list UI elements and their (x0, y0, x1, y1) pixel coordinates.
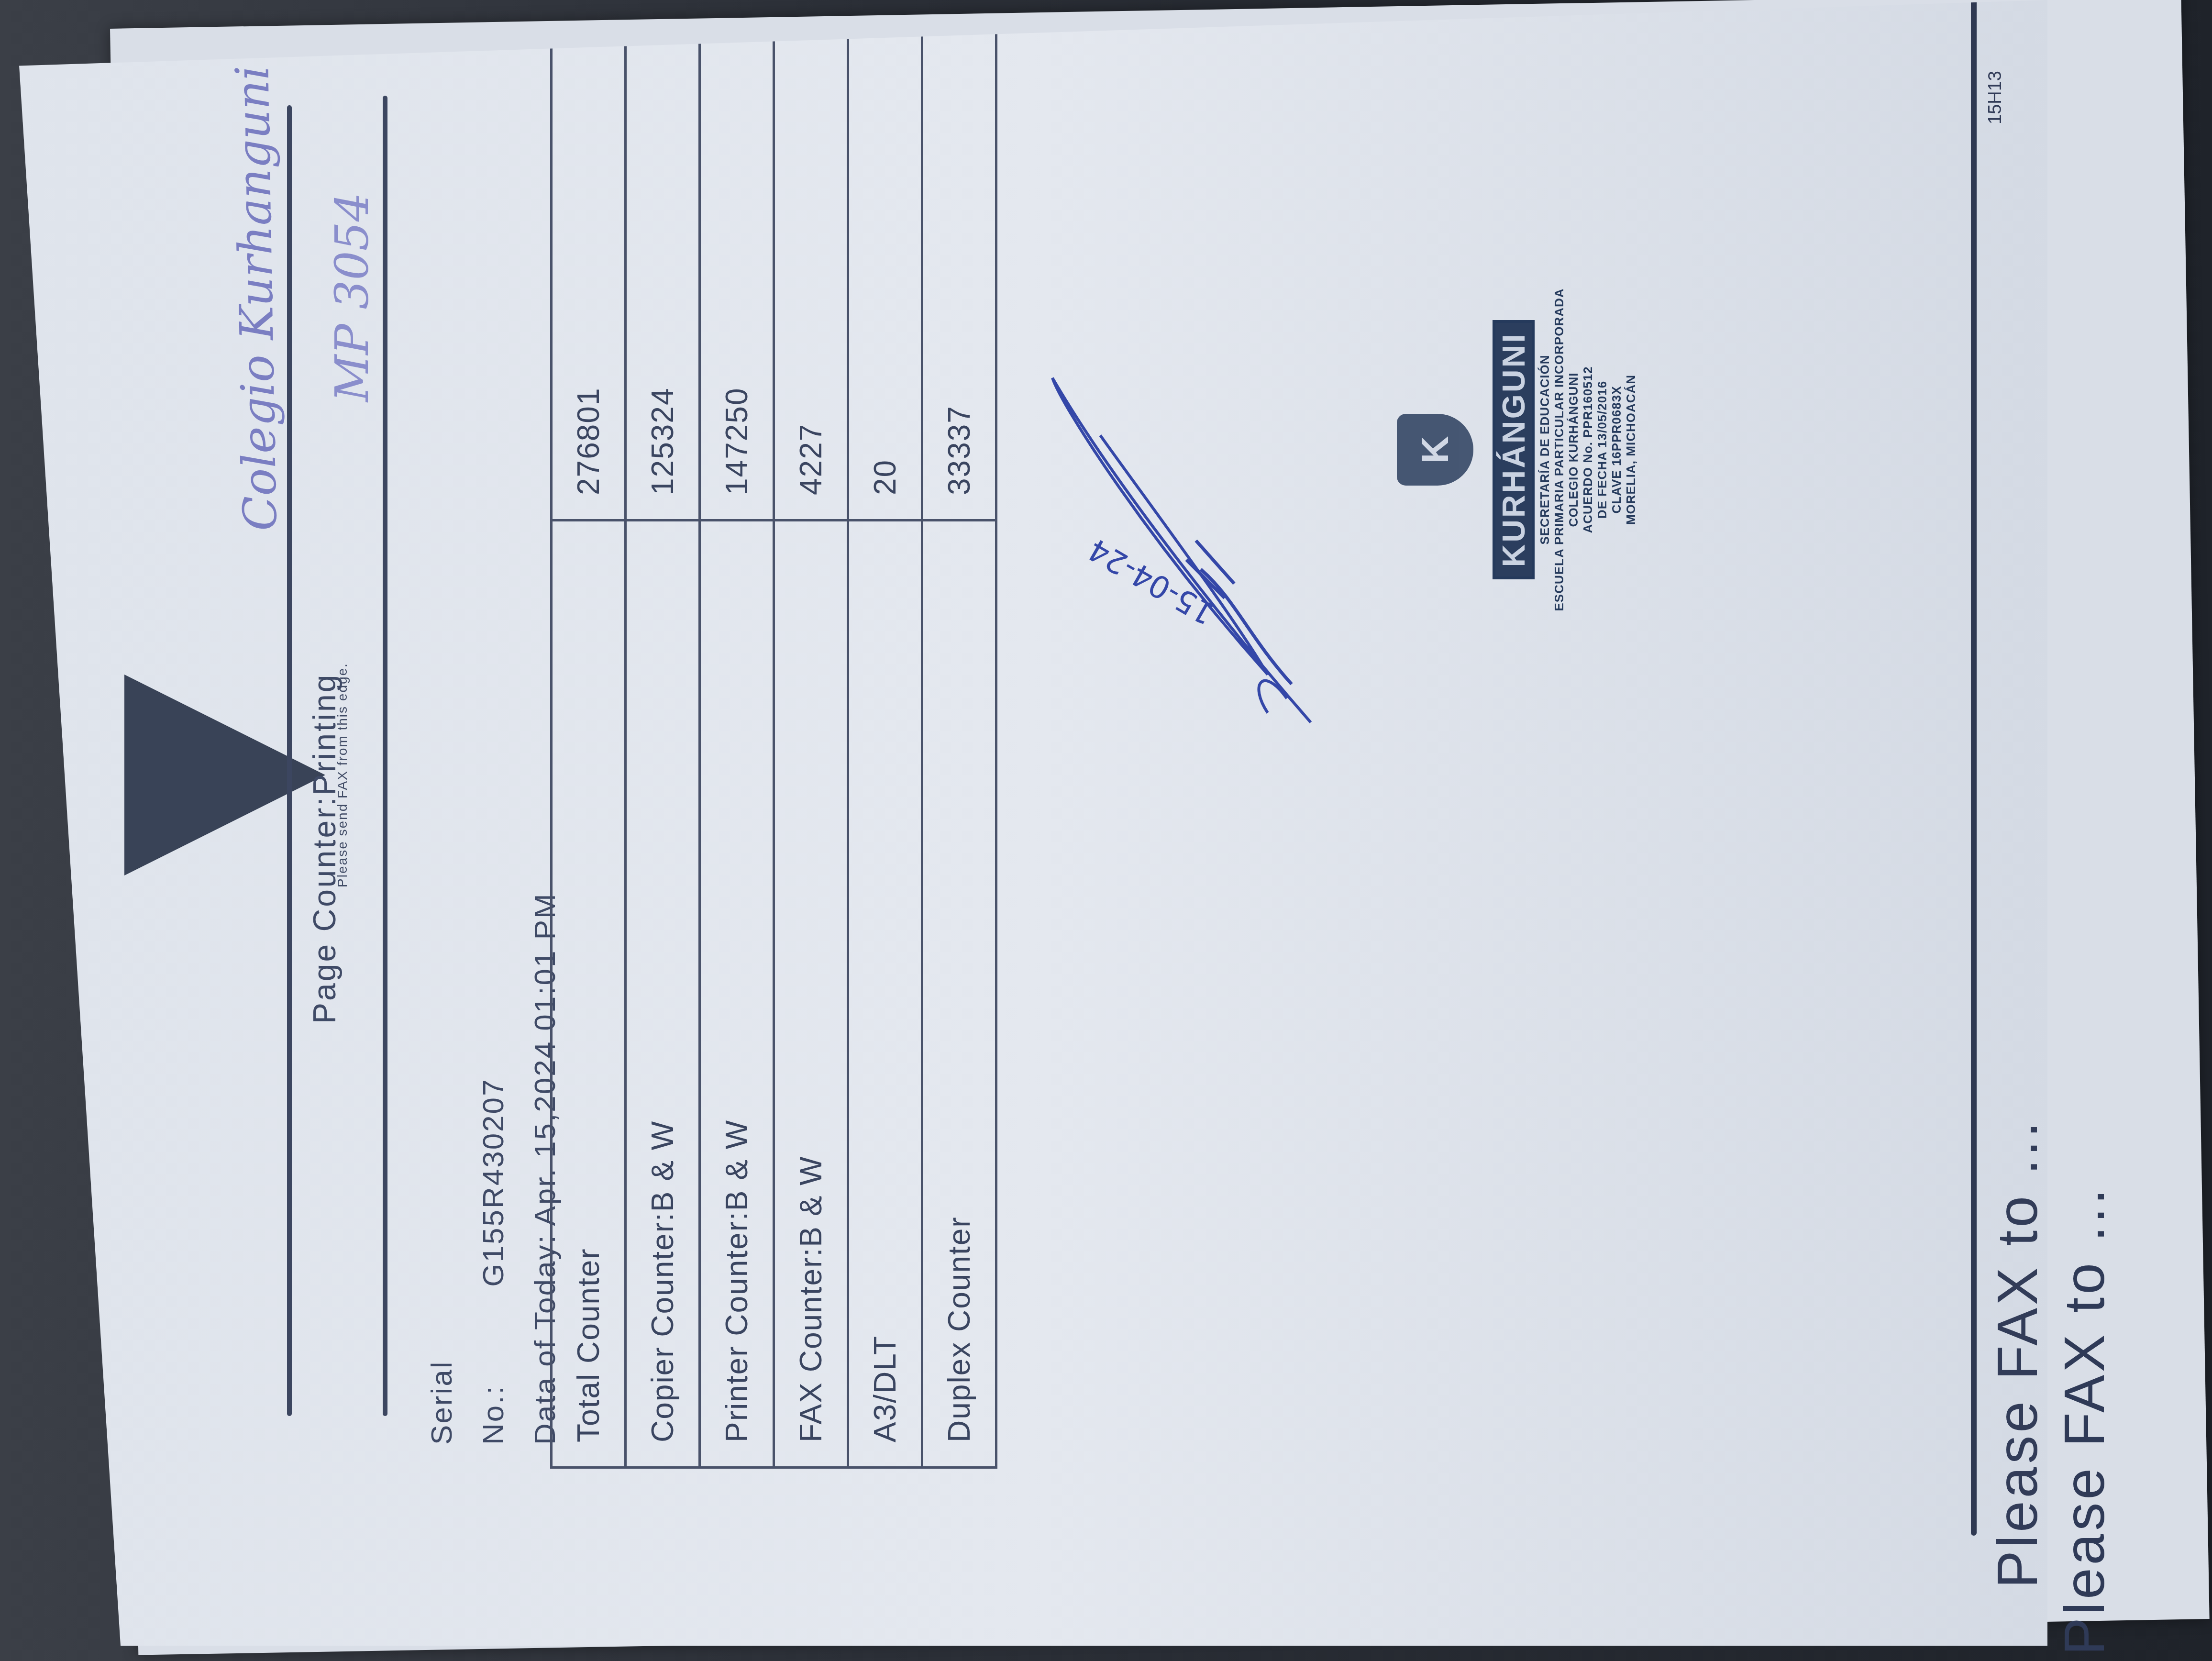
counter-label: Printer Counter:B & W (700, 520, 774, 1468)
handwritten-school-name: Colegio Kurhanguni (226, 65, 288, 532)
table-row: FAX Counter:B & W4227 (774, 0, 848, 1468)
footer-rule (1971, 0, 1977, 1536)
header-rule-secondary (383, 96, 387, 1416)
counter-value: 20 (848, 0, 922, 520)
counter-value: 125324 (626, 0, 700, 520)
counter-value: 33337 (922, 0, 996, 520)
stamp-lines: SECRETARÍA DE EDUCACIÓNESCUELA PRIMARIA … (1537, 282, 1638, 617)
stamp-line: DE FECHA 13/05/2016 (1595, 282, 1609, 617)
fax-to-label: Please FAX to ... (1985, 1119, 2050, 1588)
stamp-brand: KURHÁNGUNI (1493, 320, 1535, 580)
stamp-line: MORELIA, MICHOACÁN (1624, 282, 1638, 617)
counter-label: Total Counter (552, 520, 626, 1468)
page-title: Page Counter:Printing (306, 673, 343, 1024)
serial-row: Serial No.: G155R430207 (416, 892, 520, 1445)
stamp-line: ACUERDO No. PPR160512 (1581, 282, 1595, 617)
under-sheet-fax-to: Please FAX to ... (2052, 1186, 2117, 1655)
counter-value: 276801 (552, 0, 626, 520)
table-row: Printer Counter:B & W147250 (700, 0, 774, 1468)
counter-value: 147250 (700, 0, 774, 520)
page-counter-sheet: Please send FAX from this edge. Page Cou… (19, 0, 2047, 1646)
shield-crest-icon: K (1397, 414, 1473, 486)
serial-label: Serial No.: (416, 1296, 520, 1445)
counter-label: FAX Counter:B & W (774, 520, 848, 1468)
stamp-line: CLAVE 16PPR0683X (1609, 282, 1624, 617)
stamp-line: COLEGIO KURHÁNGUNI (1566, 282, 1581, 617)
handwritten-model: MP 3054 (325, 192, 379, 402)
stamp-line: ESCUELA PRIMARIA PARTICULAR INCORPORADA (1552, 282, 1566, 617)
counter-value: 4227 (774, 0, 848, 520)
triangle-arrow-icon (124, 675, 325, 875)
table-row: Duplex Counter33337 (922, 0, 996, 1468)
form-code: 15H13 (1985, 71, 2006, 124)
table-row: Total Counter276801 (552, 0, 626, 1468)
counter-label: Copier Counter:B & W (626, 520, 700, 1468)
table-row: A3/DLT20 (848, 0, 922, 1468)
document-body: Please send FAX from this edge. Page Cou… (19, 0, 2047, 1646)
meta-block: Serial No.: G155R430207 Data of Today: A… (416, 892, 571, 1445)
counter-table: Total Counter276801Copier Counter:B & W1… (550, 0, 997, 1469)
counter-label: Duplex Counter (922, 520, 996, 1468)
stamp-line: SECRETARÍA DE EDUCACIÓN (1537, 282, 1552, 617)
serial-value: G155R430207 (477, 1078, 510, 1286)
header-rule (287, 105, 292, 1416)
school-stamp: K KURHÁNGUNI SECRETARÍA DE EDUCACIÓNESCU… (1397, 282, 1638, 617)
counter-label: A3/DLT (848, 520, 922, 1468)
table-row: Copier Counter:B & W125324 (626, 0, 700, 1468)
